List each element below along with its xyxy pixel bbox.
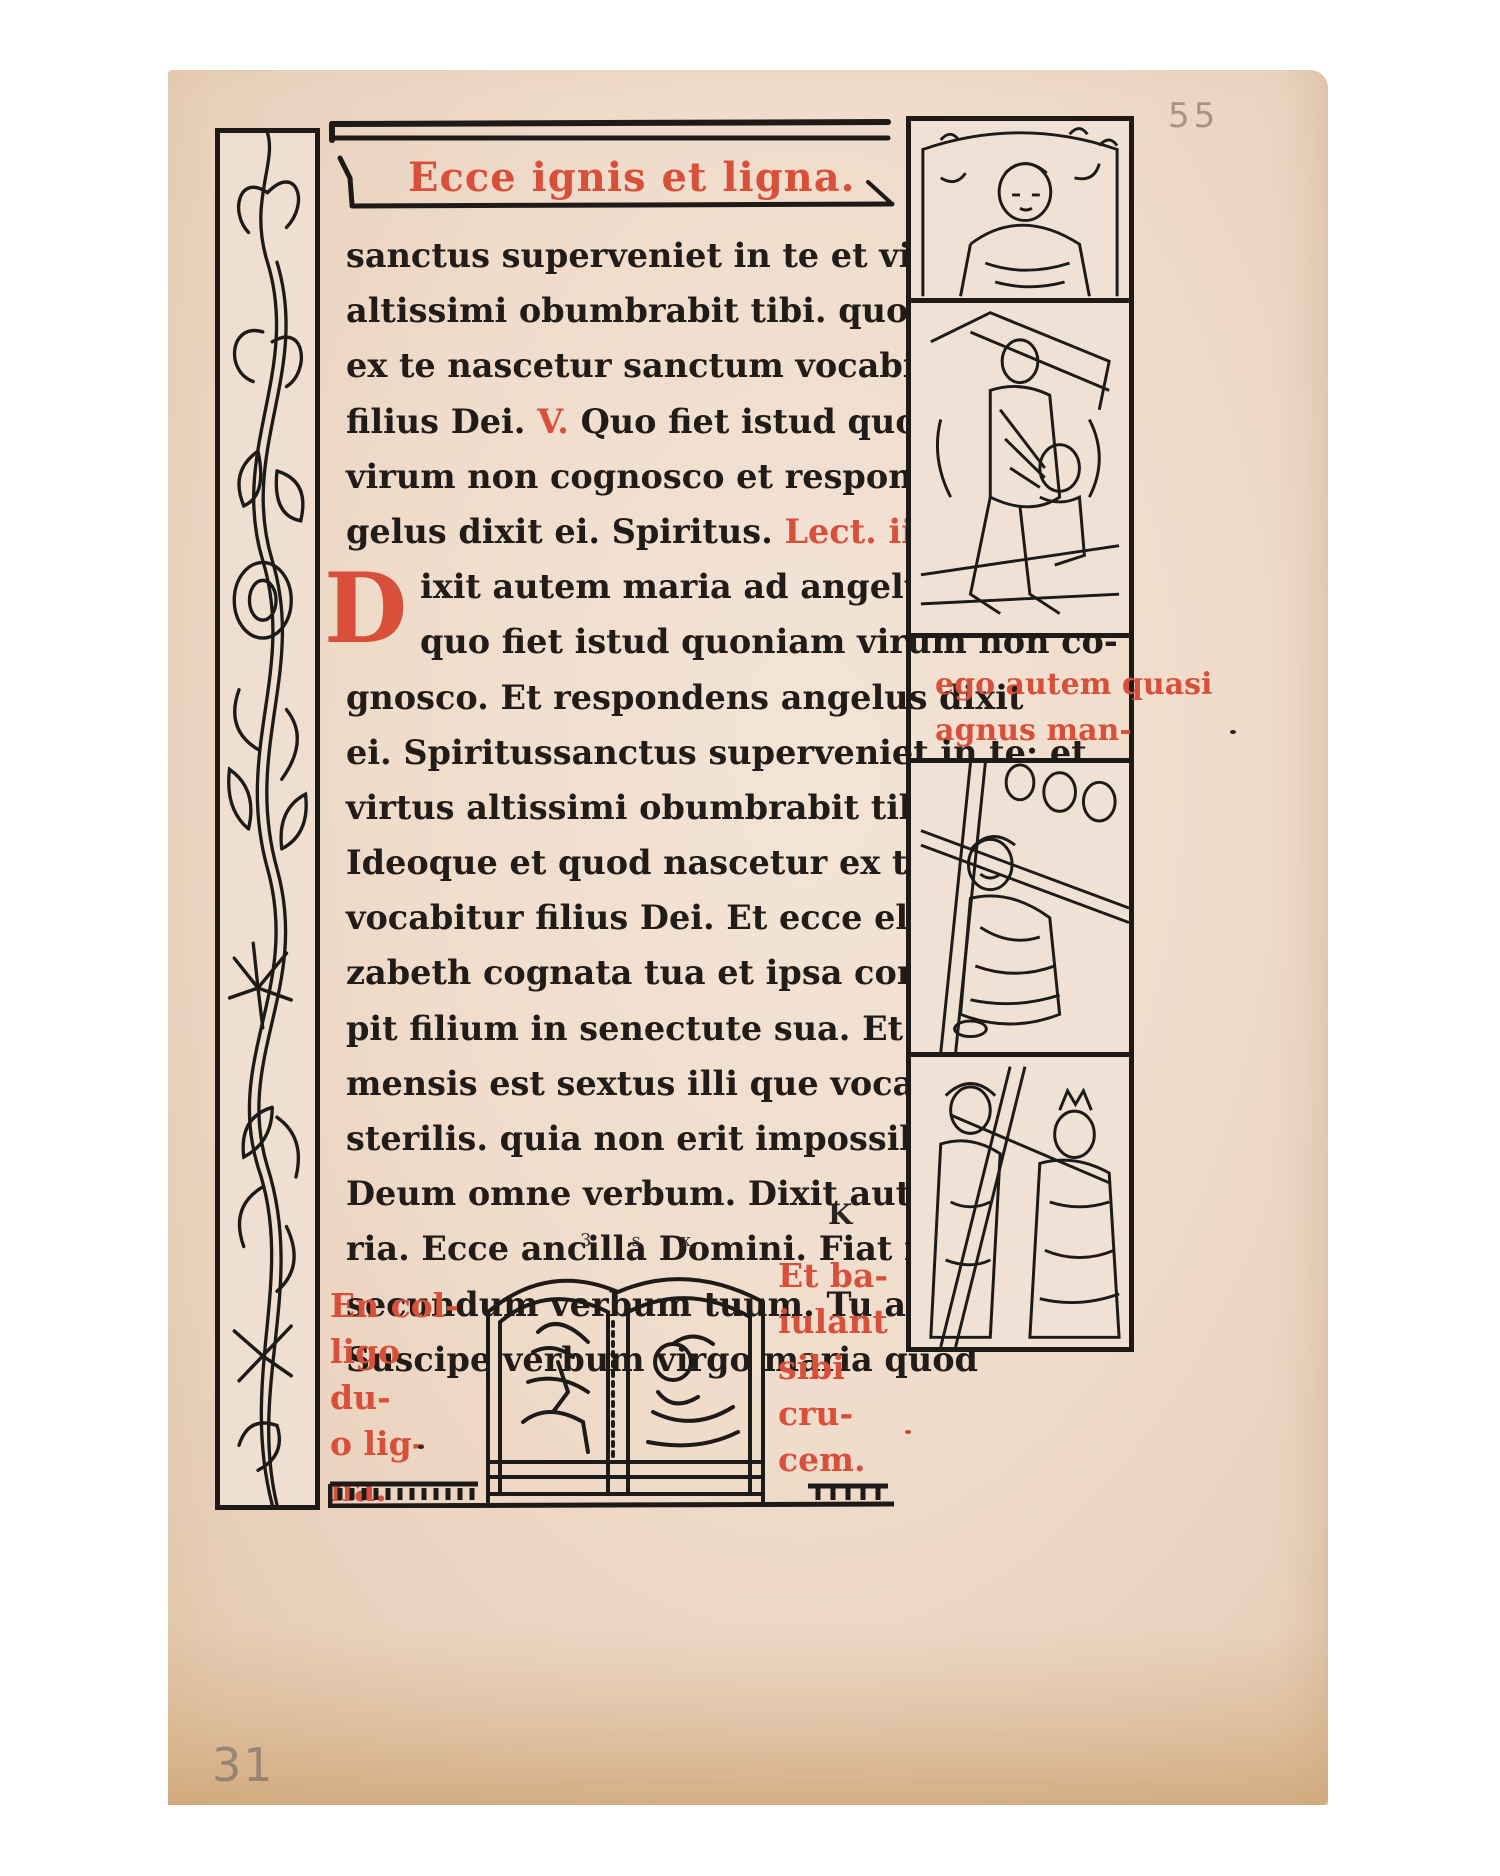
woodcut-figure-bundle-icon <box>911 303 1129 633</box>
right-column-rubric-box: ego autem quasi agnus man- <box>906 634 1134 764</box>
woodcut-panel-seated-figure <box>906 116 1134 306</box>
text-line: gnosco. Et respondens angelus dixit <box>346 670 906 725</box>
text-line: Deum omne verbum. Dixit autem ma- <box>346 1166 906 1221</box>
text-line: vocabitur filius Dei. Et ecce eli- <box>346 890 906 945</box>
woodcut-panel-figure-with-cross <box>906 1052 1134 1352</box>
vine-border-icon <box>220 133 315 1505</box>
text-line: Dixit autem maria ad angelum. <box>346 559 906 614</box>
bottom-rule-icon <box>328 1480 896 1508</box>
text-line: ex te nascetur sanctum vocabitur <box>346 338 906 393</box>
ink-speck <box>418 1445 424 1449</box>
ink-speck <box>1230 730 1236 734</box>
catchword-marks: 3sx <box>580 1230 731 1251</box>
woodcut-windows-icon <box>478 1262 768 1508</box>
woodcut-panel-christ-carrying-cross <box>906 758 1134 1058</box>
page-heading-rubric: Ecce ignis et ligna. <box>408 154 856 201</box>
woodcut-cross-bearing-icon <box>911 763 1129 1053</box>
main-text-column: sanctus superveniet in te et virtus alti… <box>346 228 906 1387</box>
text-line: Ideoque et quod nascetur ex te sanctum <box>346 835 906 890</box>
text-line: virum non cognosco et respondens an- <box>346 449 906 504</box>
versicle-rubric: V. <box>537 402 569 441</box>
text-line: pit filium in senectute sua. Et hic <box>346 1001 906 1056</box>
text-line: zabeth cognata tua et ipsa conce- <box>346 945 906 1000</box>
text-line: quo fiet istud quoniam virum non co- <box>346 614 906 669</box>
bottom-border-bar <box>328 1480 896 1508</box>
text-line: ei. Spiritussanctus superveniet in te: e… <box>346 725 906 780</box>
water-stain <box>168 1625 1328 1805</box>
bottom-woodcut-two-figures <box>478 1262 768 1508</box>
text-line: sanctus superveniet in te et virtus <box>346 228 906 283</box>
woodcut-panel-figure-with-bundle <box>906 298 1134 638</box>
left-marginal-rubric: En col- ligo du- o lig- na. <box>330 1283 460 1513</box>
woodcut-seated-figure-icon <box>911 121 1129 301</box>
right-column-rubric-text: ego autem quasi agnus man- <box>935 662 1212 754</box>
text-line: gelus dixit ei. Spiritus. Lect. iii. <box>346 504 906 559</box>
title-frame: Ecce ignis et ligna. <box>328 118 896 214</box>
text-line: filius Dei. V. Quo fiet istud quoniam <box>346 394 906 449</box>
text-line: altissimi obumbrabit tibi. quod enim <box>346 283 906 338</box>
pencil-leaf-number: 31 <box>212 1738 275 1792</box>
left-foliate-border <box>215 128 320 1510</box>
ink-speck <box>905 1430 911 1434</box>
text-line: mensis est sextus illi que vocatur <box>346 1056 906 1111</box>
signature-mark: K <box>828 1198 852 1231</box>
text-line: virtus altissimi obumbrabit tibi. <box>346 780 906 835</box>
text-line: sterilis. quia non erit impossibile apud <box>346 1111 906 1166</box>
woodcut-figure-cross-icon <box>911 1057 1129 1347</box>
pencil-folio-number: 55 <box>1168 96 1219 136</box>
right-marginal-rubric: Et ba- iulant sibi cru- cem. <box>778 1253 908 1483</box>
